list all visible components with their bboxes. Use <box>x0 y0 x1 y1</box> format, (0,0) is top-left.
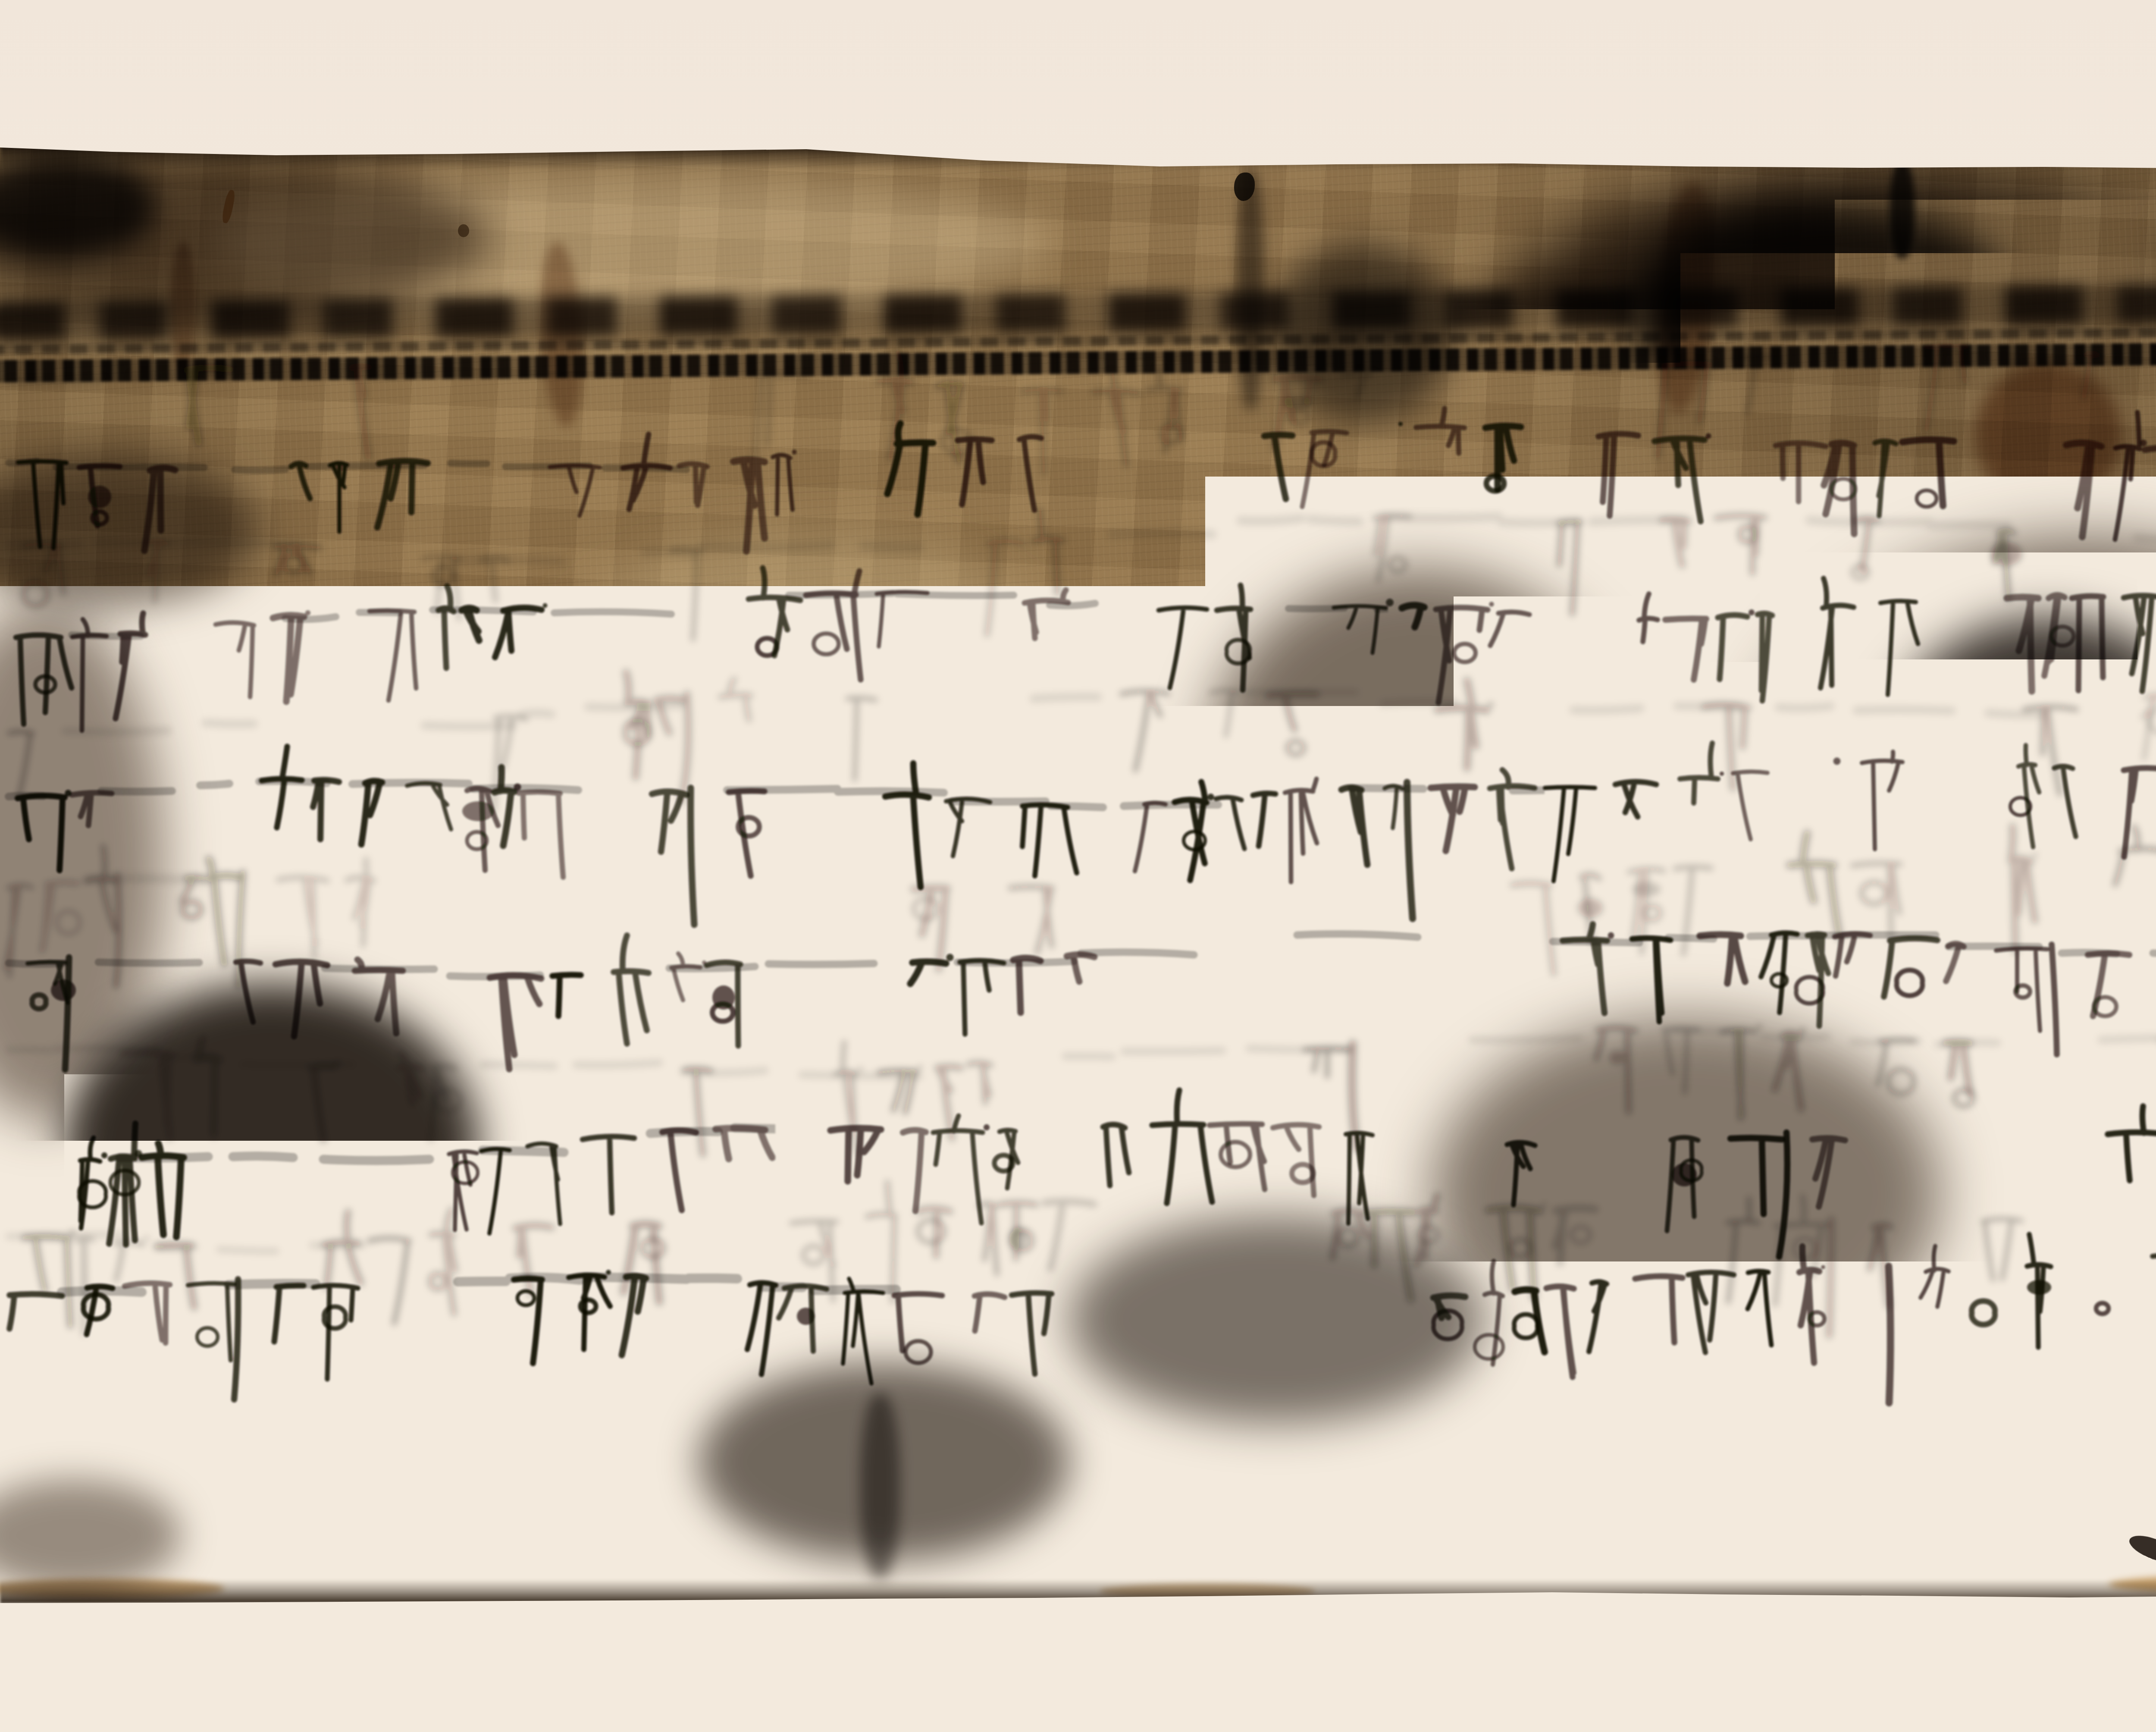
bottom-deckle-edge <box>0 1579 2156 1603</box>
tibetan-text-block <box>0 0 2156 1732</box>
manuscript-photo: Backlit photograph of a horizontal strip… <box>0 0 2156 1732</box>
photo-caption: Backlit photograph of a horizontal strip… <box>0 0 0 0</box>
ink-speck <box>458 224 469 237</box>
top-deckle-edge <box>0 142 2156 170</box>
manuscript-paper <box>0 0 2156 1732</box>
